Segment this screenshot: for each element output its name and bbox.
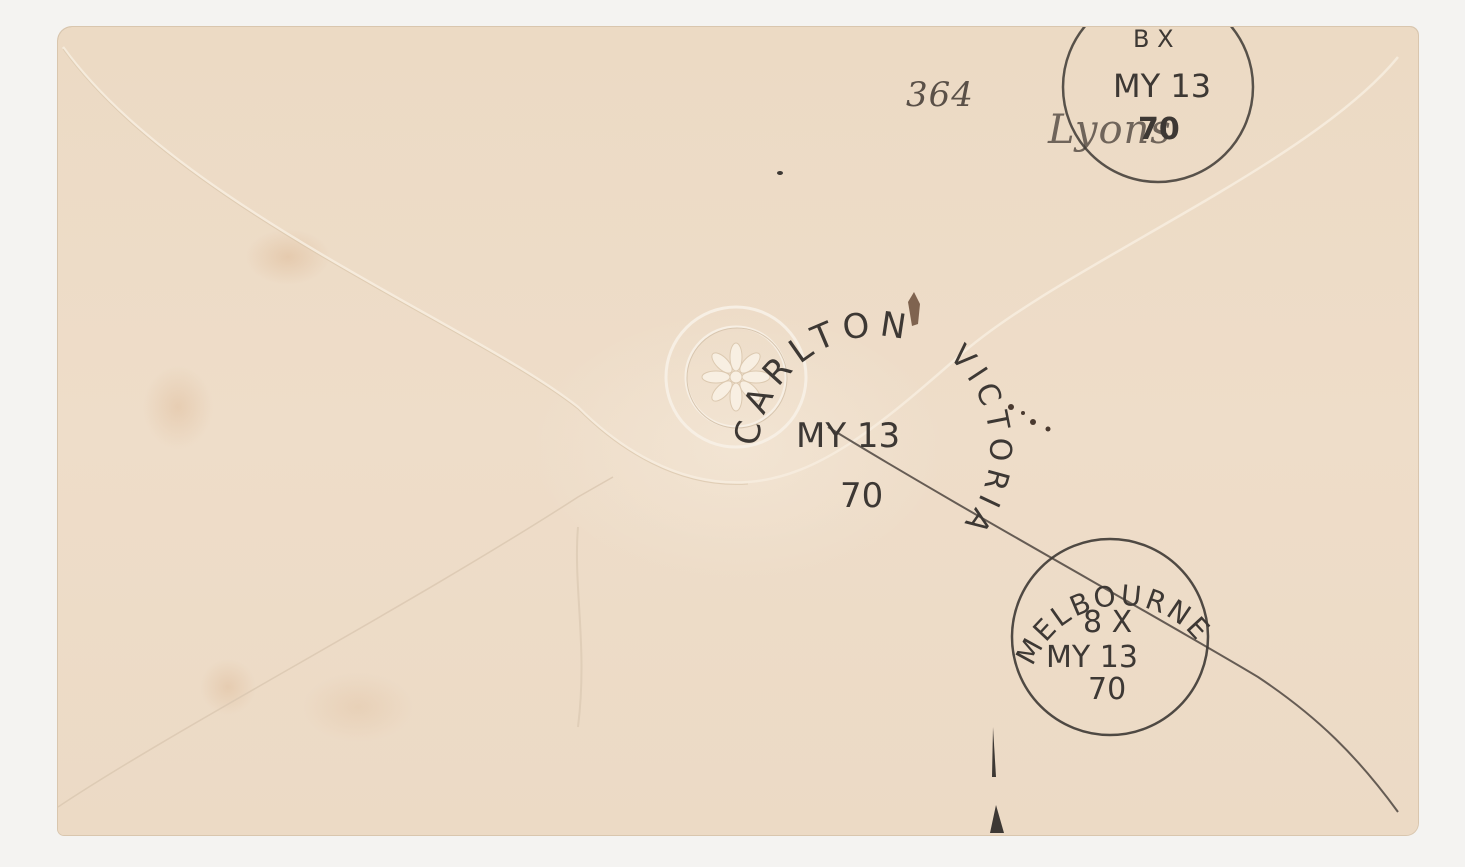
photo-stage: 364 Lyons B X MY 13 70 CARLTON VICTORIA …: [0, 0, 1465, 867]
ink-marks: [58, 27, 1418, 835]
envelope-back: 364 Lyons B X MY 13 70 CARLTON VICTORIA …: [58, 27, 1418, 835]
